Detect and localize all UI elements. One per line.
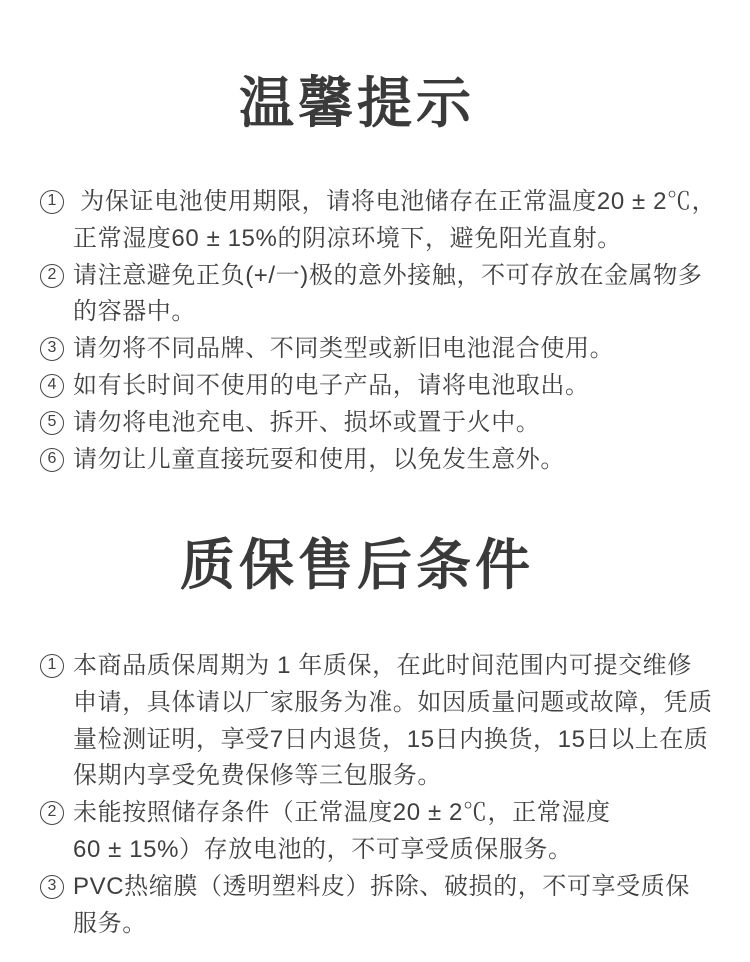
warranty-title: 质保售后条件 (0, 537, 714, 593)
battery-notice-page: 温馨提示 1 为保证电池使用期限，请将电池储存在正常温度20 ± 2℃， 正常湿… (0, 0, 750, 962)
list-item: 2 未能按照储存条件（正常温度20 ± 2℃，正常湿度 60 ± 15%）存放电… (40, 795, 724, 869)
list-item: 5 请勿将电池充电、拆开、损坏或置于火中。 (40, 405, 724, 442)
list-item: 4 如有长时间不使用的电子产品，请将电池取出。 (40, 368, 724, 405)
circled-number: 6 (40, 448, 64, 472)
circled-number: 2 (40, 264, 64, 288)
list-item: 1 为保证电池使用期限，请将电池储存在正常温度20 ± 2℃， 正常湿度60 ±… (40, 184, 724, 258)
item-text: 请勿将不同品牌、不同类型或新旧电池混合使用。 (73, 331, 614, 368)
circled-number: 1 (40, 190, 64, 214)
warranty-list: 1 本商品质保周期为 1 年质保，在此时间范围内可提交维修 申请，具体请以厂家服… (40, 648, 724, 942)
circled-number: 1 (40, 654, 64, 678)
circled-number: 3 (40, 875, 64, 899)
circled-number: 3 (40, 337, 64, 361)
item-text: 请勿将电池充电、拆开、损坏或置于火中。 (73, 405, 540, 442)
list-item: 1 本商品质保周期为 1 年质保，在此时间范围内可提交维修 申请，具体请以厂家服… (40, 648, 724, 795)
item-text: 如有长时间不使用的电子产品，请将电池取出。 (73, 368, 590, 405)
item-text: 为保证电池使用期限，请将电池储存在正常温度20 ± 2℃， 正常湿度60 ± 1… (73, 184, 716, 258)
item-text: 请注意避免正负(+/一)极的意外接触，不可存放在金属物多 的容器中。 (73, 258, 702, 332)
item-text: 请勿让儿童直接玩耍和使用，以免发生意外。 (73, 442, 565, 479)
warm-tips-title: 温馨提示 (0, 75, 714, 131)
item-text: 未能按照储存条件（正常温度20 ± 2℃，正常湿度 60 ± 15%）存放电池的… (73, 795, 611, 869)
item-text: 本商品质保周期为 1 年质保，在此时间范围内可提交维修 申请，具体请以厂家服务为… (73, 648, 713, 795)
circled-number: 5 (40, 411, 64, 435)
list-item: 3 请勿将不同品牌、不同类型或新旧电池混合使用。 (40, 331, 724, 368)
list-item: 2 请注意避免正负(+/一)极的意外接触，不可存放在金属物多 的容器中。 (40, 258, 724, 332)
warm-tips-list: 1 为保证电池使用期限，请将电池储存在正常温度20 ± 2℃， 正常湿度60 ±… (40, 184, 724, 478)
list-item: 6 请勿让儿童直接玩耍和使用，以免发生意外。 (40, 442, 724, 479)
circled-number: 4 (40, 374, 64, 398)
circled-number: 2 (40, 801, 64, 825)
item-text: PVC热缩膜（透明塑料皮）拆除、破损的，不可享受质保 服务。 (73, 869, 690, 943)
list-item: 3 PVC热缩膜（透明塑料皮）拆除、破损的，不可享受质保 服务。 (40, 869, 724, 943)
